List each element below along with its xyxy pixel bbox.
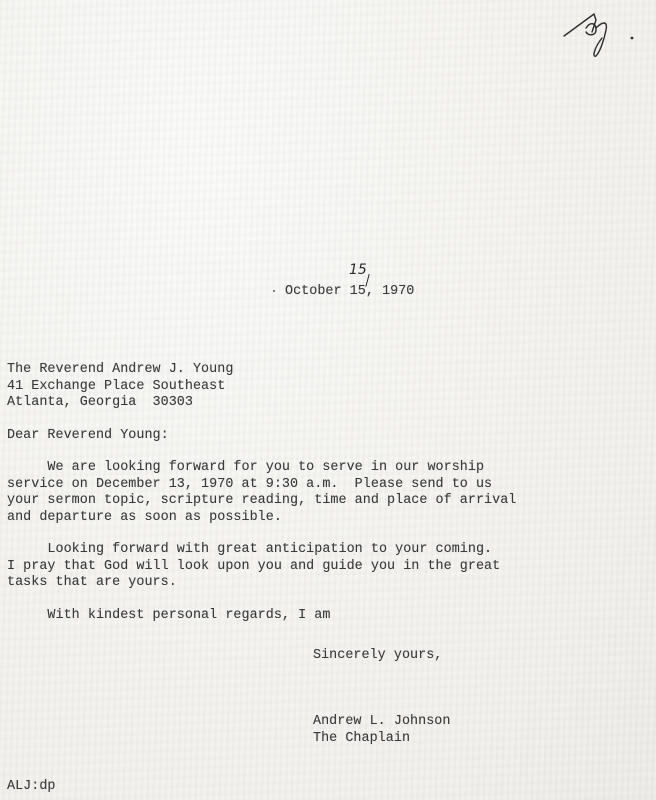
letter-date: October 15, 1970 [285, 284, 414, 301]
recipient-address: The Reverend Andrew J. Young 41 Exchange… [7, 362, 233, 412]
signer-block: Andrew L. Johnson The Chaplain [313, 714, 450, 747]
paragraph-line: tasks that are yours. [7, 575, 177, 590]
handwritten-initials-mark [560, 8, 640, 58]
signer-title: The Chaplain [313, 731, 410, 746]
body-paragraph-2: Looking forward with great anticipation … [7, 542, 500, 592]
body-paragraph-1: We are looking forward for you to serve … [7, 460, 516, 526]
paragraph-line: With kindest personal regards, I am [7, 608, 330, 623]
address-line-city: Atlanta, Georgia 30303 [7, 395, 193, 410]
paragraph-line: Looking forward with great anticipation … [7, 542, 492, 557]
closing: Sincerely yours, [313, 648, 442, 665]
paragraph-line: service on December 13, 1970 at 9:30 a.m… [7, 477, 492, 492]
address-line-street: 41 Exchange Place Southeast [7, 379, 225, 394]
stray-dot-mark [273, 290, 275, 292]
paragraph-line: I pray that God will look upon you and g… [7, 559, 500, 574]
date-handwritten-correction: 15 [349, 262, 367, 278]
body-paragraph-3: With kindest personal regards, I am [7, 608, 330, 625]
paragraph-line: and departure as soon as possible. [7, 510, 282, 525]
address-line-name: The Reverend Andrew J. Young [7, 362, 233, 377]
signer-name: Andrew L. Johnson [313, 714, 450, 729]
paragraph-line: We are looking forward for you to serve … [7, 460, 484, 475]
salutation: Dear Reverend Young: [7, 428, 169, 445]
reference-initials: ALJ:dp [7, 779, 56, 796]
paragraph-line: your sermon topic, scripture reading, ti… [7, 493, 516, 508]
